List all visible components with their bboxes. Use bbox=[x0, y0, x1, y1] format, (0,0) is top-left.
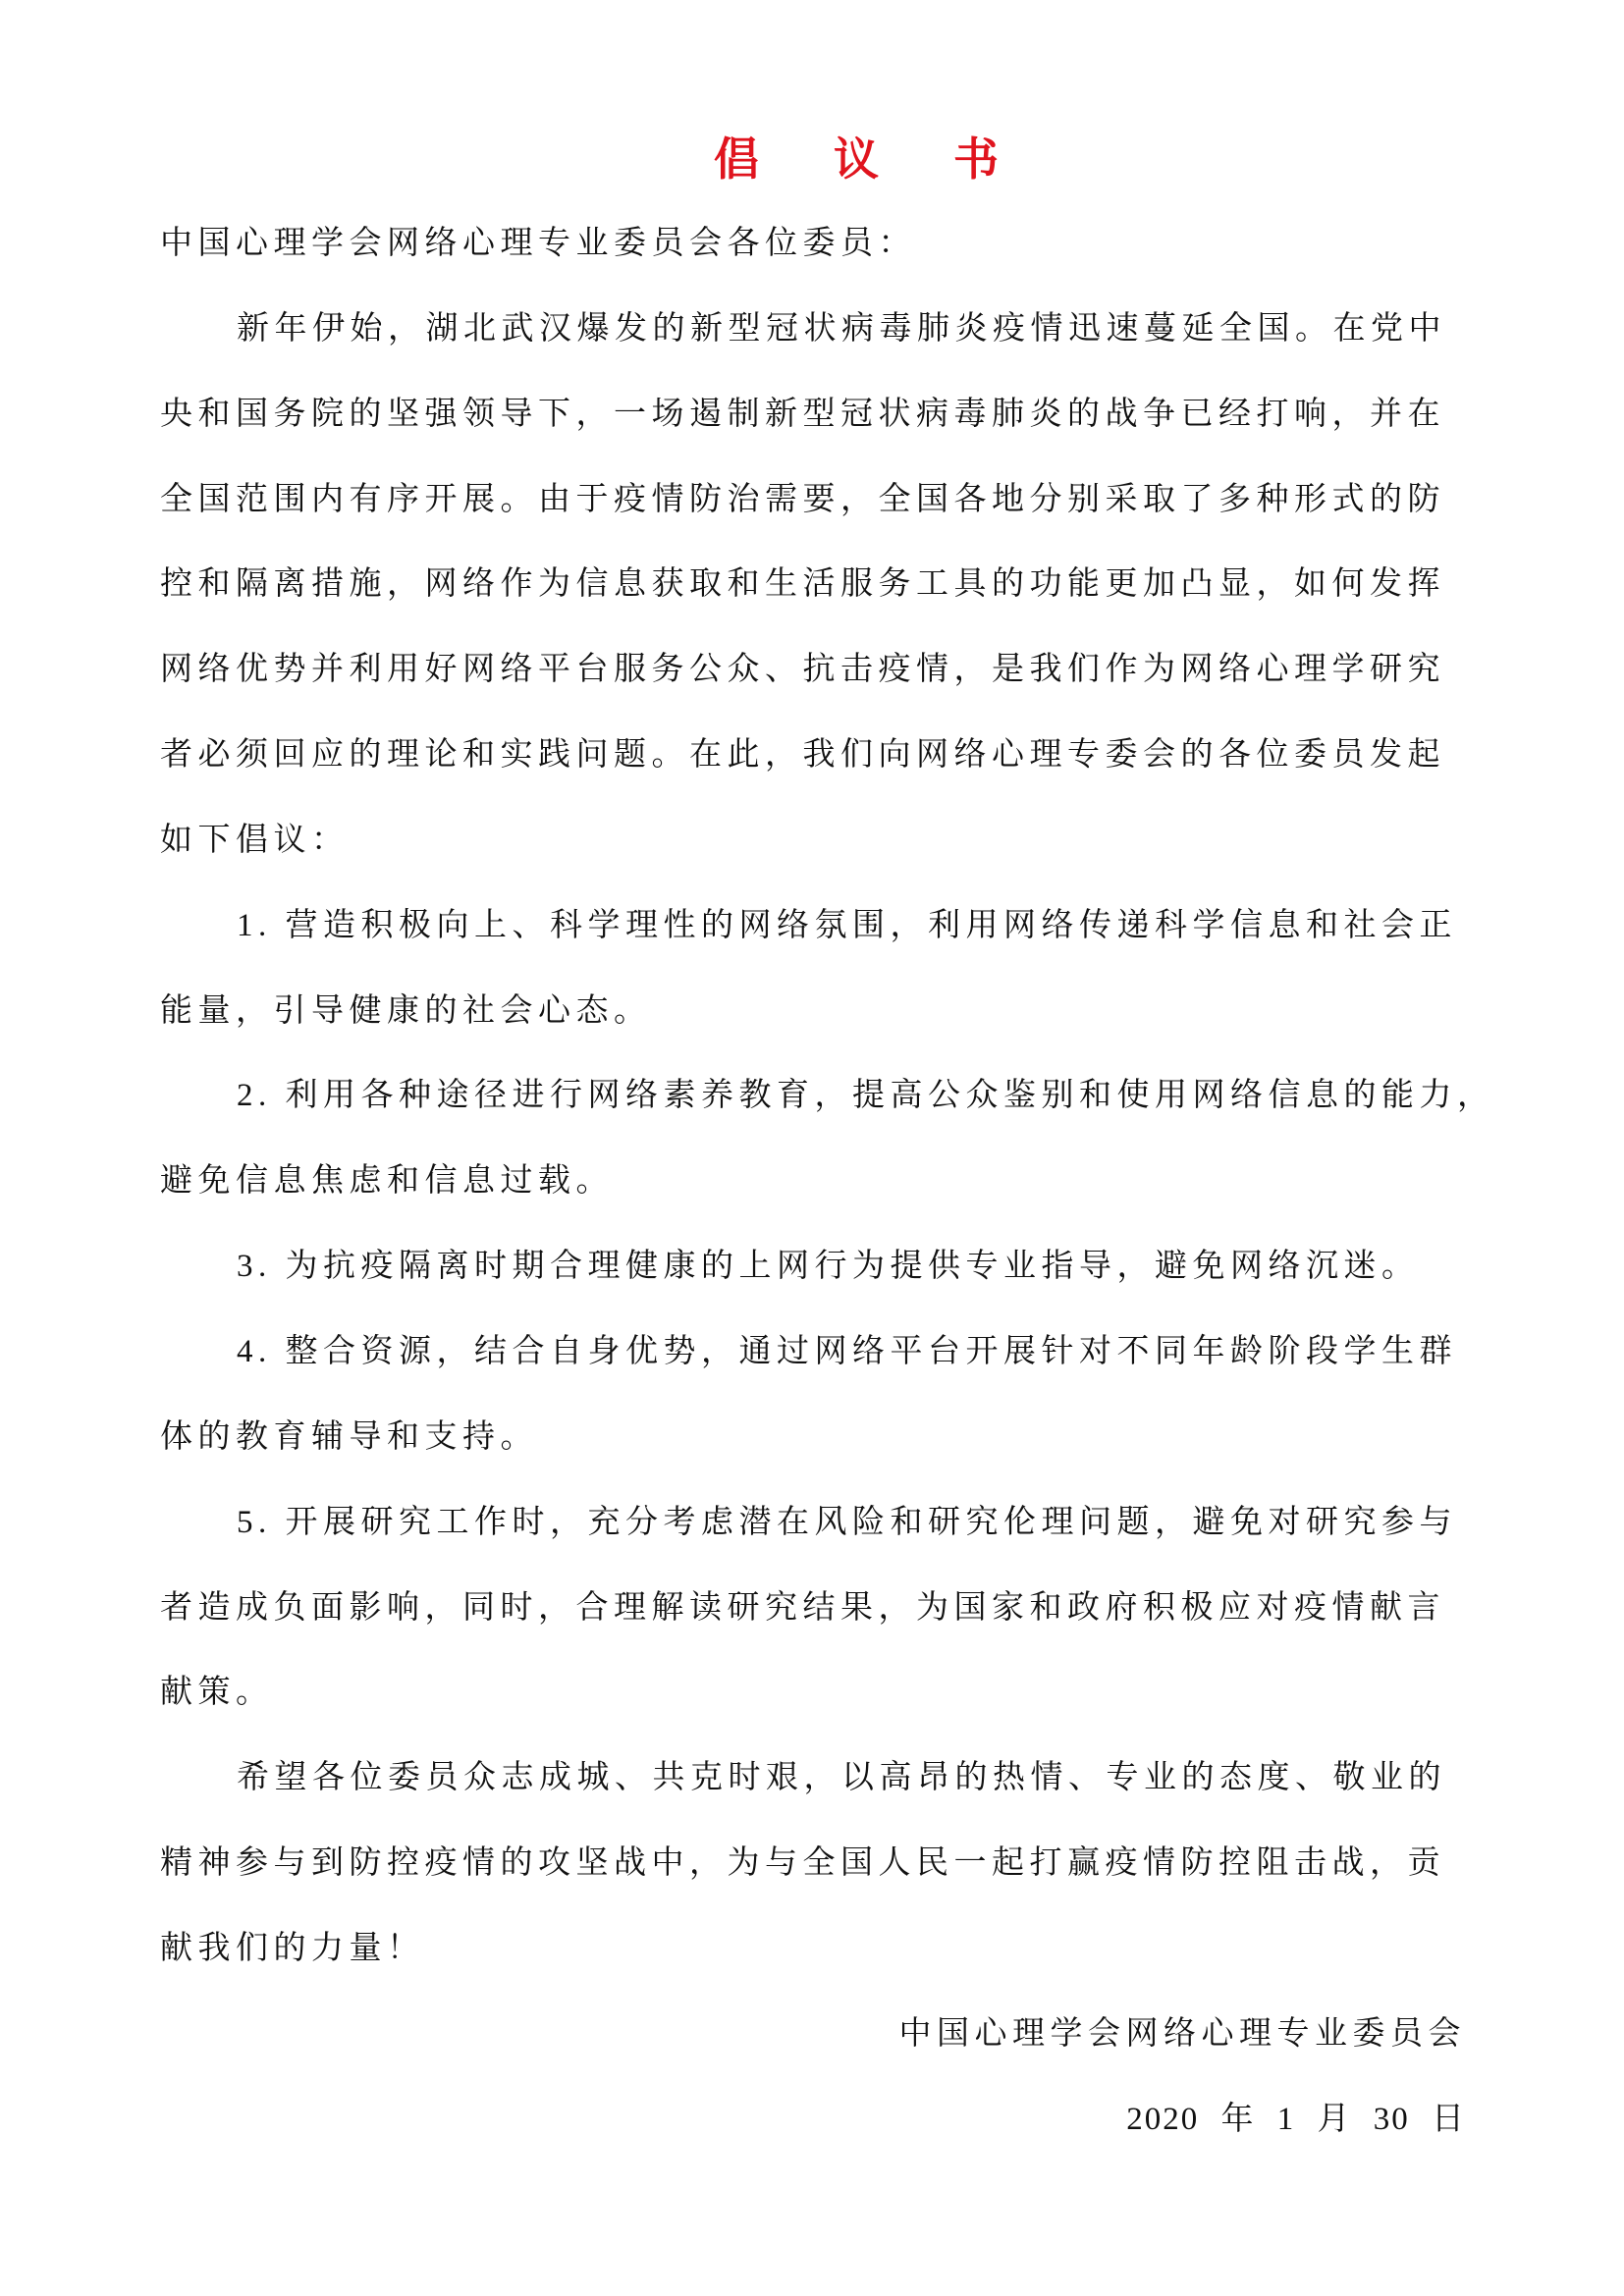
intro-line: 新年伊始，湖北武汉爆发的新型冠状病毒肺炎疫情迅速蔓延全国。在党中 bbox=[160, 287, 1466, 372]
closing-line: 精神参与到防控疫情的攻坚战中，为与全国人民一起打赢疫情防控阻击战，贡 bbox=[160, 1821, 1466, 1906]
document-body: 中国心理学会网络心理专业委员会各位委员： 新年伊始，湖北武汉爆发的新型冠状病毒肺… bbox=[160, 201, 1466, 2162]
proposal-item-5: 5. 开展研究工作时，充分考虑潜在风险和研究伦理问题，避免对研究参与 者造成负面… bbox=[160, 1480, 1466, 1736]
proposal-item-1: 1. 营造积极向上、科学理性的网络氛围，利用网络传递科学信息和社会正 能量，引导… bbox=[160, 883, 1466, 1054]
intro-line: 全国范围内有序开展。由于疫情防治需要，全国各地分别采取了多种形式的防 bbox=[160, 457, 1466, 543]
document-title: 倡 议 书 bbox=[714, 130, 920, 188]
proposal-line: 3. 为抗疫隔离时期合理健康的上网行为提供专业指导，避免网络沉迷。 bbox=[160, 1224, 1466, 1309]
proposal-line: 献策。 bbox=[160, 1650, 1466, 1735]
closing-paragraph: 希望各位委员众志成城、共克时艰，以高昂的热情、专业的态度、敬业的 精神参与到防控… bbox=[160, 1735, 1466, 1992]
intro-line: 央和国务院的坚强领导下，一场遏制新型冠状病毒肺炎的战争已经打响，并在 bbox=[160, 372, 1466, 457]
closing-line: 希望各位委员众志成城、共克时艰，以高昂的热情、专业的态度、敬业的 bbox=[160, 1735, 1466, 1821]
intro-line: 如下倡议： bbox=[160, 798, 1466, 883]
salutation: 中国心理学会网络心理专业委员会各位委员： bbox=[160, 201, 1466, 287]
proposal-line: 避免信息焦虑和信息过载。 bbox=[160, 1139, 1466, 1224]
proposal-item-3: 3. 为抗疫隔离时期合理健康的上网行为提供专业指导，避免网络沉迷。 bbox=[160, 1224, 1466, 1309]
signature: 中国心理学会网络心理专业委员会 bbox=[160, 1992, 1466, 2077]
date: 2020 年 1 月 30 日 bbox=[160, 2077, 1466, 2163]
proposal-line: 者造成负面影响，同时，合理解读研究结果，为国家和政府积极应对疫情献言 bbox=[160, 1566, 1466, 1651]
proposal-line: 1. 营造积极向上、科学理性的网络氛围，利用网络传递科学信息和社会正 bbox=[160, 883, 1466, 969]
proposal-line: 5. 开展研究工作时，充分考虑潜在风险和研究伦理问题，避免对研究参与 bbox=[160, 1480, 1466, 1566]
intro-line: 者必须回应的理论和实践问题。在此，我们向网络心理专委会的各位委员发起 bbox=[160, 713, 1466, 798]
proposal-line: 4. 整合资源，结合自身优势，通过网络平台开展针对不同年龄阶段学生群 bbox=[160, 1309, 1466, 1395]
document-page: 倡 议 书 中国心理学会网络心理专业委员会各位委员： 新年伊始，湖北武汉爆发的新… bbox=[0, 0, 1624, 2296]
intro-paragraph: 新年伊始，湖北武汉爆发的新型冠状病毒肺炎疫情迅速蔓延全国。在党中 央和国务院的坚… bbox=[160, 287, 1466, 883]
proposal-item-4: 4. 整合资源，结合自身优势，通过网络平台开展针对不同年龄阶段学生群 体的教育辅… bbox=[160, 1309, 1466, 1480]
proposal-line: 2. 利用各种途径进行网络素养教育，提高公众鉴别和使用网络信息的能力， bbox=[160, 1053, 1466, 1139]
proposal-item-2: 2. 利用各种途径进行网络素养教育，提高公众鉴别和使用网络信息的能力， 避免信息… bbox=[160, 1053, 1466, 1224]
proposal-line: 体的教育辅导和支持。 bbox=[160, 1395, 1466, 1480]
intro-line: 控和隔离措施，网络作为信息获取和生活服务工具的功能更加凸显，如何发挥 bbox=[160, 542, 1466, 627]
closing-line: 献我们的力量！ bbox=[160, 1906, 1466, 1992]
intro-line: 网络优势并利用好网络平台服务公众、抗击疫情，是我们作为网络心理学研究 bbox=[160, 627, 1466, 713]
proposal-line: 能量，引导健康的社会心态。 bbox=[160, 969, 1466, 1054]
